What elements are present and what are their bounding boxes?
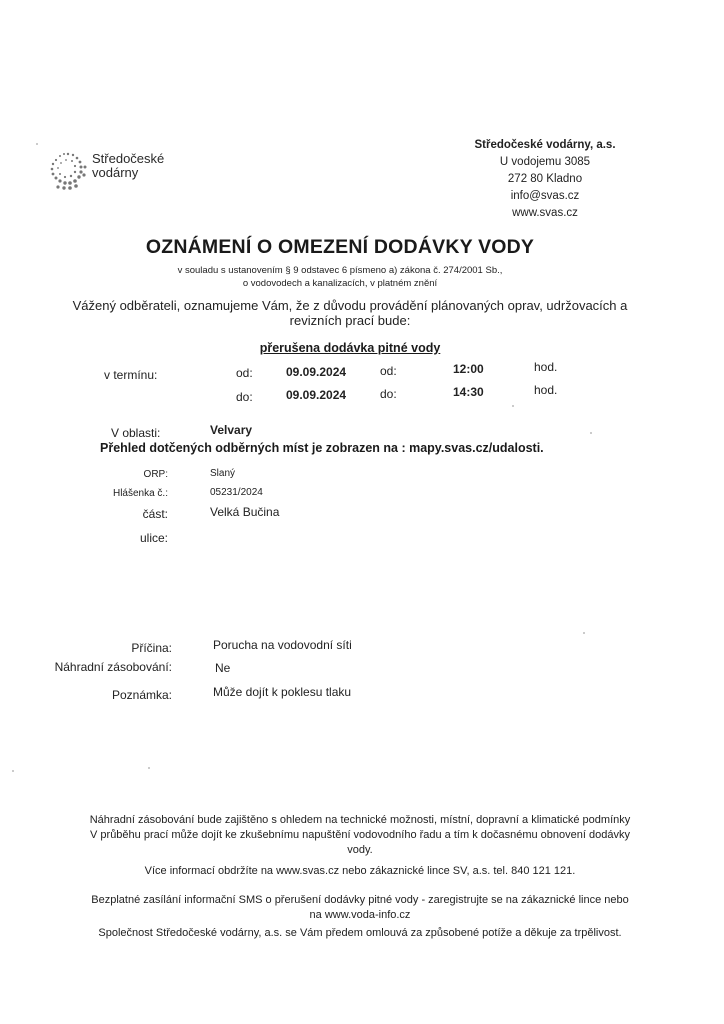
- cause-value: Porucha na vodovodní síti: [213, 638, 352, 652]
- to-date-label: do:: [236, 390, 253, 404]
- from-time-label: od:: [380, 364, 397, 378]
- scan-speck: [590, 432, 592, 434]
- company-street: U vodojemu 3085: [460, 154, 630, 171]
- to-time-unit: hod.: [534, 383, 557, 397]
- scan-speck: [12, 770, 14, 772]
- part-label: část:: [80, 507, 168, 521]
- outage-headline: přerušena dodávka pitné vody: [40, 341, 660, 355]
- remark-label: Poznámka:: [40, 688, 172, 702]
- legal-line-2: o vodovodech a kanalizacích, v platném z…: [120, 277, 560, 290]
- scan-speck: [583, 632, 585, 634]
- map-note: Přehled dotčených odběrných míst je zobr…: [100, 441, 600, 455]
- intro-line-2: revizních prací bude:: [40, 313, 660, 328]
- area-value: Velvary: [210, 423, 252, 437]
- substitute-value: Ne: [215, 661, 230, 675]
- logo-dots-icon: [46, 150, 90, 190]
- from-time: 12:00: [453, 362, 484, 376]
- scan-speck: [512, 405, 514, 407]
- footer-p1-line-2: V průběhu prací může dojít ke zkušebnímu…: [30, 828, 690, 843]
- scan-speck: [148, 767, 150, 769]
- to-time: 14:30: [453, 385, 484, 399]
- company-web: www.svas.cz: [460, 205, 630, 222]
- from-date: 09.09.2024: [286, 365, 346, 379]
- street-label: ulice:: [80, 531, 168, 545]
- company-email: info@svas.cz: [460, 188, 630, 205]
- to-time-label: do:: [380, 387, 397, 401]
- orp-label: ORP:: [80, 469, 168, 480]
- legal-line-1: v souladu s ustanovením § 9 odstavec 6 p…: [120, 264, 560, 277]
- orp-value: Slaný: [210, 468, 235, 479]
- remark-value: Může dojít k poklesu tlaku: [213, 685, 351, 699]
- substitute-label: Náhradní zásobování:: [20, 660, 172, 674]
- footer-substitute-info: Náhradní zásobování bude zajištěno s ohl…: [30, 813, 690, 858]
- footer-apology: Společnost Středočeské vodárny, a.s. se …: [30, 926, 690, 941]
- footer-p1-line-1: Náhradní zásobování bude zajištěno s ohl…: [30, 813, 690, 828]
- report-number-value: 05231/2024: [210, 487, 263, 498]
- part-value: Velká Bučina: [210, 505, 279, 519]
- footer-contact-info: Více informací obdržíte na www.svas.cz n…: [30, 864, 690, 879]
- intro-text: Vážený odběrateli, oznamujeme Vám, že z …: [40, 298, 660, 328]
- company-city: 272 80 Kladno: [460, 171, 630, 188]
- document-title: OZNÁMENÍ O OMEZENÍ DODÁVKY VODY: [120, 236, 560, 259]
- from-date-label: od:: [236, 366, 253, 380]
- cause-label: Příčina:: [40, 641, 172, 655]
- company-name: Středočeské vodárny, a.s.: [460, 137, 630, 154]
- from-time-unit: hod.: [534, 360, 557, 374]
- footer-sms-info: Bezplatné zasílání informační SMS o přer…: [30, 893, 690, 923]
- logo-line-1: Středočeské: [92, 152, 164, 166]
- report-number-label: Hlášenka č.:: [60, 488, 168, 499]
- footer-p1-line-3: vody.: [30, 843, 690, 858]
- company-address: Středočeské vodárny, a.s. U vodojemu 308…: [460, 137, 630, 222]
- schedule-label: v termínu:: [104, 368, 157, 382]
- area-label: V oblasti:: [111, 426, 160, 440]
- intro-line-1: Vážený odběrateli, oznamujeme Vám, že z …: [40, 298, 660, 313]
- footer-p3-line-1: Bezplatné zasílání informační SMS o přer…: [30, 893, 690, 908]
- logo-line-2: vodárny: [92, 166, 164, 180]
- legal-basis: v souladu s ustanovením § 9 odstavec 6 p…: [120, 264, 560, 290]
- company-logo: Středočeské vodárny: [46, 150, 196, 192]
- scan-speck: [36, 143, 38, 145]
- to-date: 09.09.2024: [286, 388, 346, 402]
- footer-p3-line-2: na www.voda-info.cz: [30, 908, 690, 923]
